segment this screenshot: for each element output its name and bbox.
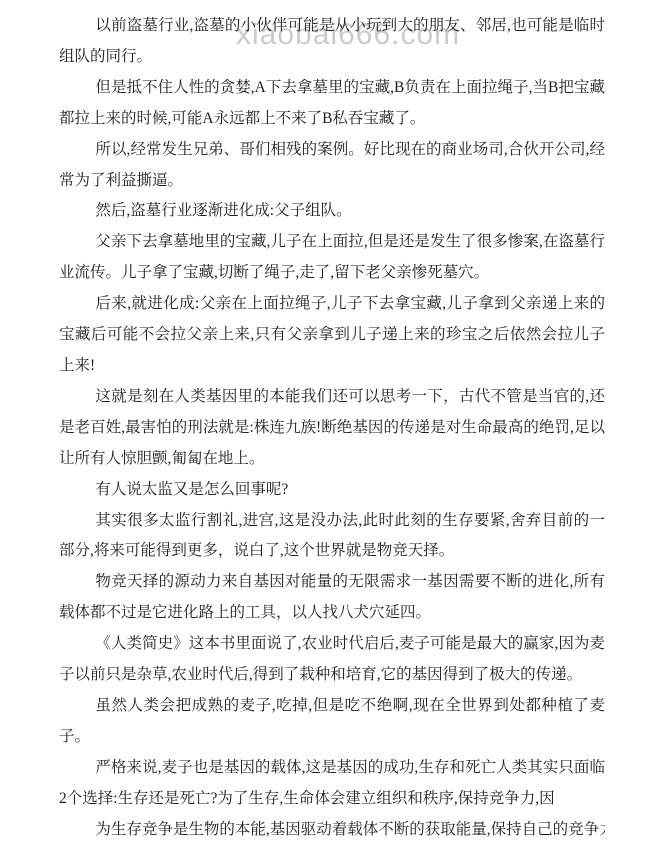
paragraph: 但是抵不住人性的贪婪,A下去拿墓里的宝藏,B负责在上面拉绳子,当B把宝藏都拉上来… bbox=[59, 73, 605, 135]
paragraph: 所以,经常发生兄弟、哥们相残的案例。好比现在的商业场司,合伙开公司,经常为了利益… bbox=[59, 135, 605, 197]
paragraph: 物竞天择的源动力来自基因对能量的无限需求一基因需要不断的进化,所有载体都不过是它… bbox=[59, 567, 605, 629]
paragraph: 后来,就进化成:父亲在上面拉绳子,儿子下去拿宝藏,儿子拿到父亲递上来的宝藏后可能… bbox=[59, 289, 605, 382]
paragraph: 虽然人类会把成熟的麦子,吃掉,但是吃不绝啊,现在全世界到处都种植了麦子。 bbox=[59, 691, 605, 753]
document-body: 以前盗墓行业,盗墓的小伙伴可能是从小玩到大的朋友、邻居,也可能是临时组队的同行。… bbox=[59, 11, 605, 845]
paragraph: 《人类简史》这本书里面说了,农业时代启后,麦子可能是最大的赢家,因为麦子以前只是… bbox=[59, 629, 605, 691]
paragraph: 有人说太监又是怎么回事呢? bbox=[59, 475, 605, 506]
paragraph: 这就是刻在人类基因里的本能我们还可以思考一下，古代不管是当官的,还是老百姓,最害… bbox=[59, 382, 605, 475]
paragraph: 严格来说,麦子也是基因的载体,这是基因的成功,生存和死亡人类其实只面临2个选择:… bbox=[59, 753, 605, 815]
paragraph: 父亲下去拿墓地里的宝藏,儿子在上面拉,但是还是发生了很多惨案,在盗墓行业流传。儿… bbox=[59, 227, 605, 289]
paragraph: 其实很多太监行割礼,进宫,这是没办法,此时此刻的生存要紧,舍弃目前的一部分,将来… bbox=[59, 506, 605, 568]
paragraph: 以前盗墓行业,盗墓的小伙伴可能是从小玩到大的朋友、邻居,也可能是临时组队的同行。 bbox=[59, 11, 605, 73]
bottom-cutoff-line: 为生存竞争是生物的本能,基因驱动着载体不断的获取能量,保持自己的竞争力。 bbox=[59, 815, 605, 846]
document-page: xiaobai666.com 以前盗墓行业,盗墓的小伙伴可能是从小玩到大的朋友、… bbox=[0, 0, 651, 861]
paragraph: 然后,盗墓行业逐渐进化成:父子组队。 bbox=[59, 196, 605, 227]
